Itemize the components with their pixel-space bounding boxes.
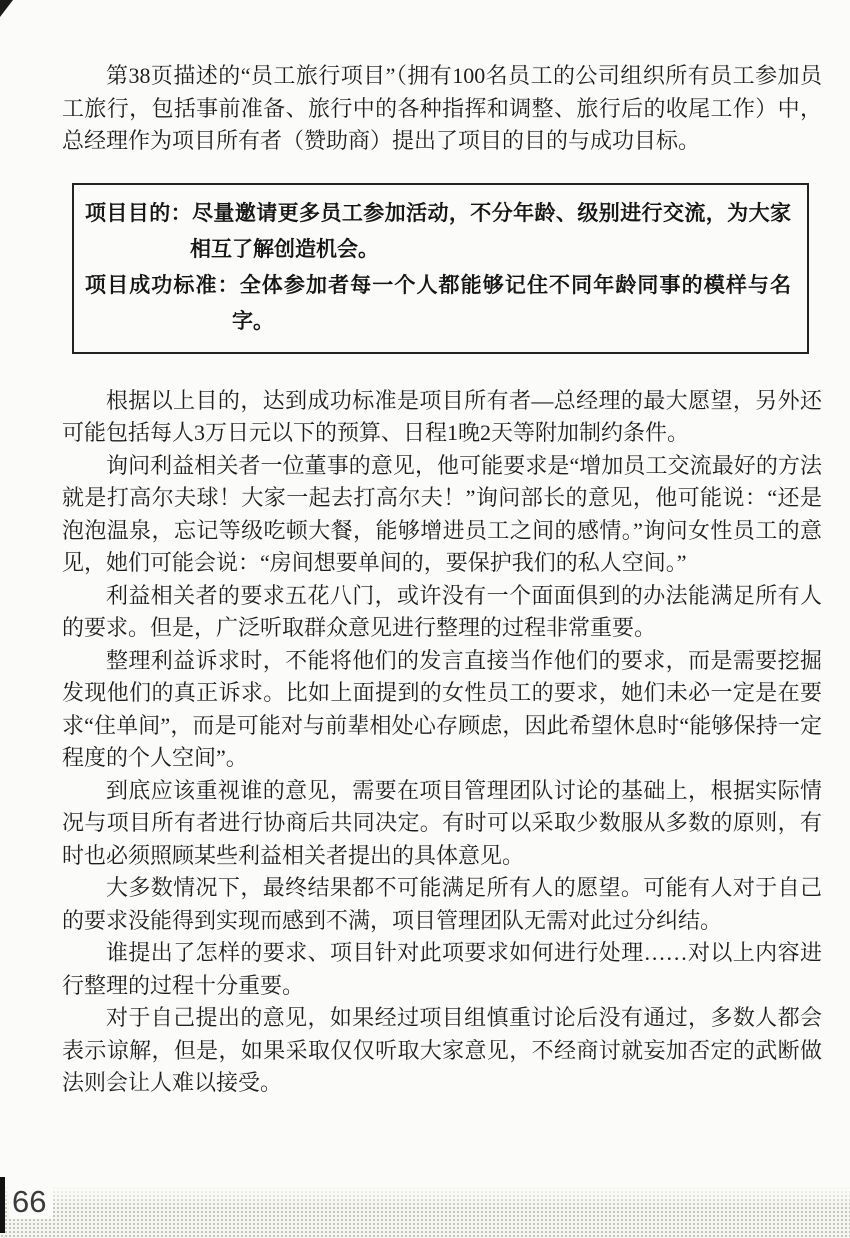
body-paragraph: 到底应该重视谁的意见，需要在项目管理团队讨论的基础上，根据实际情况与项目所有者进… [62, 775, 822, 873]
page-number: 66 [9, 1186, 53, 1219]
project-success-text: 全体参加者每一个人都能够记住不同年龄同事的模样与名字。 [232, 274, 791, 333]
body-paragraph: 谁提出了怎样的要求、项目针对此项要求如何进行处理……对以上内容进行整理的过程十分… [62, 937, 822, 1002]
halftone-texture-band [0, 1182, 850, 1238]
project-goal-box: 项目目的：尽量邀请更多员工参加活动，不分年龄、级别进行交流，为大家相互了解创造机… [72, 183, 809, 354]
project-goal-line: 项目目的：尽量邀请更多员工参加活动，不分年龄、级别进行交流，为大家相互了解创造机… [85, 196, 791, 268]
body-text: 根据以上目的，达到成功标准是项目所有者—总经理的最大愿望，另外还可能包括每人3万… [62, 385, 822, 1100]
spine-edge-bar [0, 1177, 5, 1233]
project-goal-label: 项目目的： [85, 202, 192, 225]
body-paragraph: 根据以上目的，达到成功标准是项目所有者—总经理的最大愿望，另外还可能包括每人3万… [62, 385, 822, 450]
body-paragraph: 对于自己提出的意见，如果经过项目组慎重讨论后没有通过，多数人都会表示谅解，但是，… [62, 1002, 822, 1100]
body-paragraph: 大多数情况下，最终结果都不可能满足所有人的愿望。可能有人对于自己的要求没能得到实… [62, 872, 822, 937]
page-content: 第38页描述的“员工旅行项目”（拥有100名员工的公司组织所有员工参加员工旅行，… [62, 60, 822, 1100]
project-success-line: 项目成功标准：全体参加者每一个人都能够记住不同年龄同事的模样与名字。 [85, 268, 791, 340]
project-success-label: 项目成功标准： [85, 274, 240, 297]
body-paragraph: 整理利益诉求时，不能将他们的发言直接当作他们的要求，而是需要挖掘发现他们的真正诉… [62, 645, 822, 775]
body-paragraph: 利益相关者的要求五花八门，或许没有一个面面俱到的办法能满足所有人的要求。但是，广… [62, 580, 822, 645]
intro-paragraph: 第38页描述的“员工旅行项目”（拥有100名员工的公司组织所有员工参加员工旅行，… [62, 60, 822, 158]
body-paragraph: 询问利益相关者一位董事的意见，他可能要求是“增加员工交流最好的方法就是打高尔夫球… [62, 450, 822, 580]
book-page: 第38页描述的“员工旅行项目”（拥有100名员工的公司组织所有员工参加员工旅行，… [0, 0, 850, 1238]
page-corner-mark [0, 0, 13, 17]
project-goal-text: 尽量邀请更多员工参加活动，不分年龄、级别进行交流，为大家相互了解创造机会。 [190, 202, 791, 261]
